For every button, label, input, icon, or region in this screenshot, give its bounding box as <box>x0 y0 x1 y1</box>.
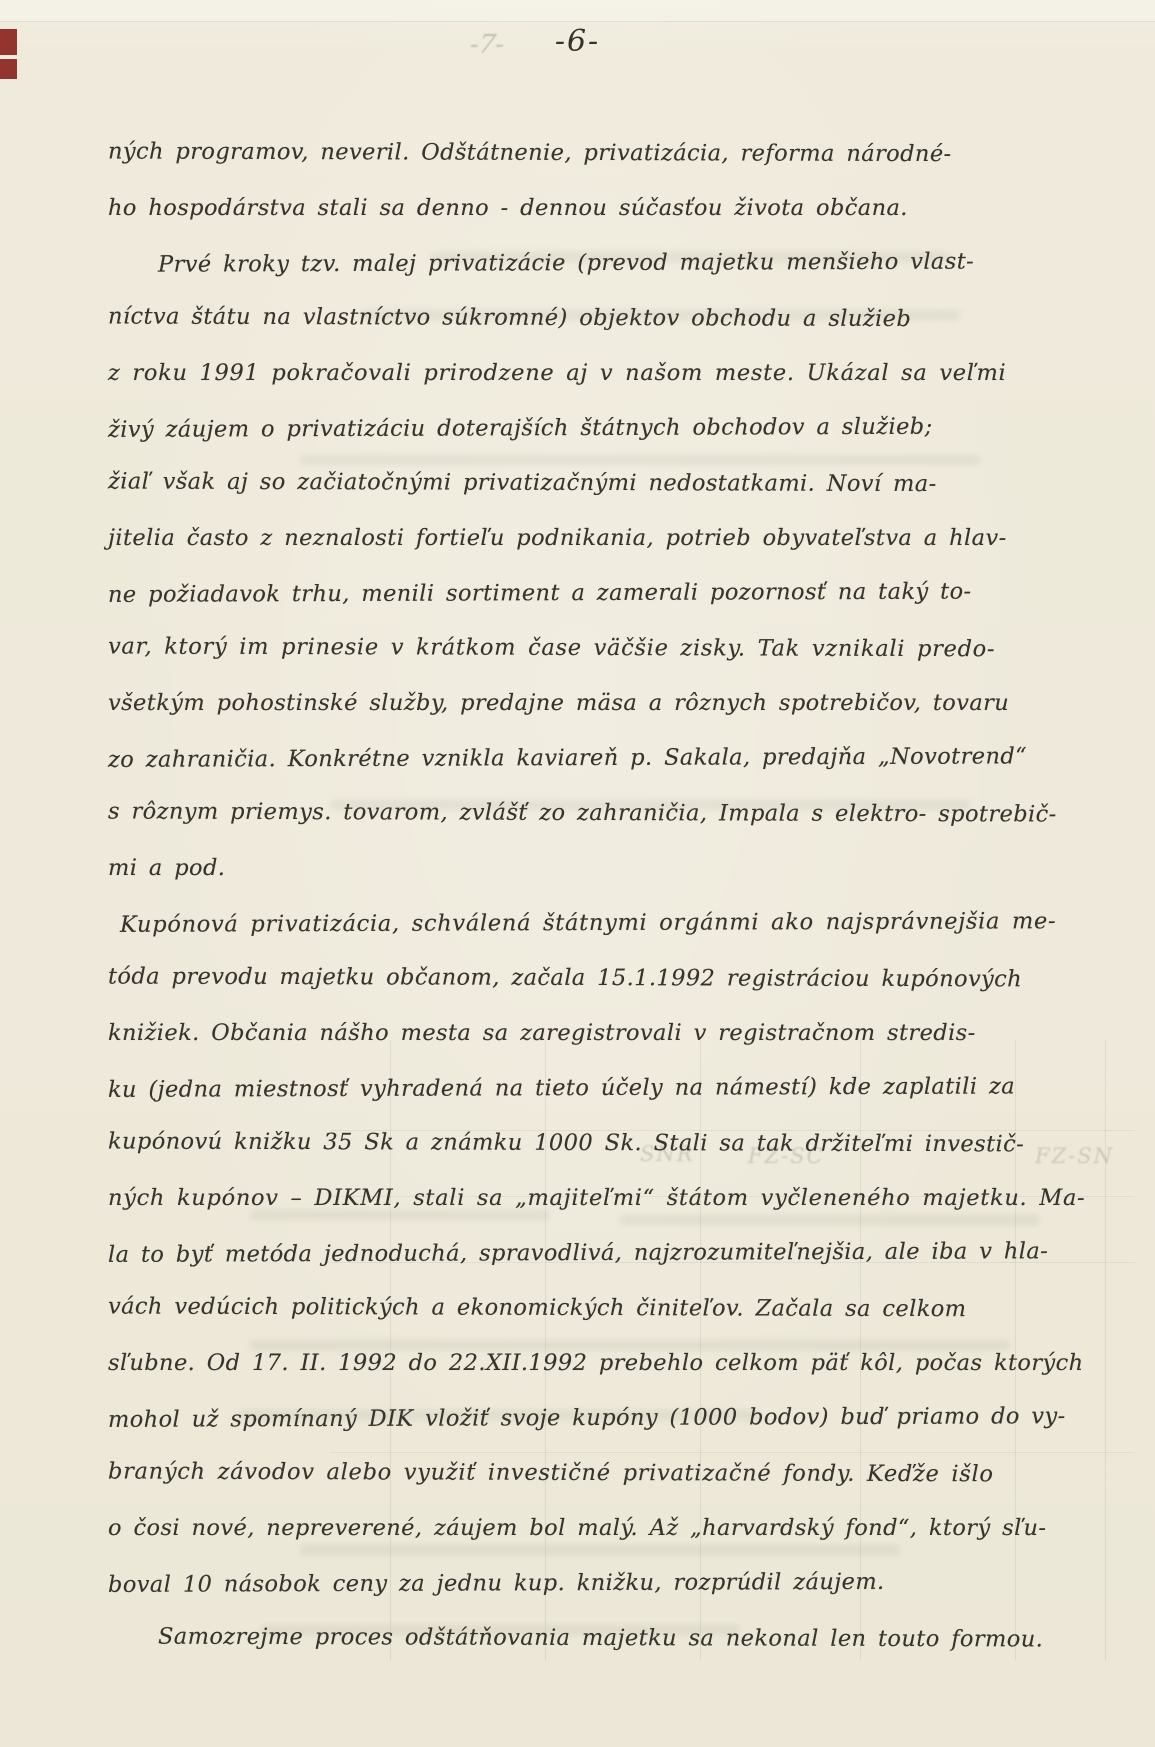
handwritten-line: Prvé kroky tzv. malej privatizácie (prev… <box>108 234 1083 293</box>
handwritten-line: níctva štátu na vlastníctvo súkromné) ob… <box>108 289 1083 347</box>
handwritten-line: la to byť metóda jednoduchá, spravodlivá… <box>108 1224 1083 1283</box>
bleed-through-table-line <box>1105 1040 1106 1660</box>
handwritten-line: zo zahraničia. Konkrétne vznikla kaviare… <box>108 729 1083 788</box>
handwritten-line: Samozrejme proces odštátňovania majetku … <box>108 1609 1083 1667</box>
handwritten-line: kupónovú knižku 35 Sk a známku 1000 Sk. … <box>108 1114 1083 1172</box>
handwritten-line: braných závodov alebo využiť investičné … <box>108 1444 1083 1502</box>
manuscript-text: ných programov, neveril. Odštátnenie, pr… <box>108 126 1083 1666</box>
handwritten-line: z roku 1991 pokračovali prirodzene aj v … <box>108 346 1083 401</box>
handwritten-line: ných programov, neveril. Odštátnenie, pr… <box>108 124 1083 182</box>
handwritten-line: boval 10 násobok ceny za jednu kup. kniž… <box>108 1554 1083 1613</box>
page-number: -6- <box>555 24 600 59</box>
handwritten-line: jitelia často z neznalosti fortieľu podn… <box>108 511 1083 566</box>
handwritten-line: s rôznym priemys. tovarom, zvlášť zo zah… <box>108 784 1083 842</box>
handwritten-line: ných kupónov – DIKMI, stali sa „majiteľm… <box>108 1171 1083 1226</box>
handwritten-line: Kupónová privatizácia, schválená štátnym… <box>108 894 1083 953</box>
red-edge-mark <box>0 59 17 79</box>
scan-edge-strip <box>0 0 1155 21</box>
red-edge-mark <box>0 29 17 55</box>
handwritten-line: o čosi nové, nepreverené, záujem bol mal… <box>108 1501 1083 1556</box>
handwritten-line: tóda prevodu majetku občanom, začala 15.… <box>108 949 1083 1007</box>
handwritten-line: ho hospodárstva stali sa denno - dennou … <box>108 181 1083 236</box>
paper-crease <box>0 21 1155 22</box>
handwritten-line: vách vedúcich politických a ekonomických… <box>108 1279 1083 1337</box>
handwritten-line: mi a pod. <box>108 841 1083 896</box>
handwritten-line: žiaľ však aj so začiatočnými privatizačn… <box>108 454 1083 512</box>
handwritten-line: všetkým pohostinské služby, predajne mäs… <box>108 676 1083 731</box>
handwritten-line: živý záujem o privatizáciu doterajších š… <box>108 399 1083 458</box>
handwritten-line: var, ktorý im prinesie v krátkom čase vä… <box>108 619 1083 677</box>
handwritten-line: mohol už spomínaný DIK vložiť svoje kupó… <box>108 1389 1083 1448</box>
manuscript-page: -7- -6- SNRFZ-SCFZ-SN ných programov, ne… <box>0 0 1155 1747</box>
handwritten-line: ku (jedna miestnosť vyhradená na tieto ú… <box>108 1059 1083 1118</box>
bleed-through-page-number: -7- <box>468 30 506 60</box>
handwritten-line: ne požiadavok trhu, menili sortiment a z… <box>108 564 1083 623</box>
handwritten-line: knižiek. Občania nášho mesta sa zaregist… <box>108 1006 1083 1061</box>
handwritten-line: sľubne. Od 17. II. 1992 do 22.XII.1992 p… <box>108 1336 1083 1391</box>
